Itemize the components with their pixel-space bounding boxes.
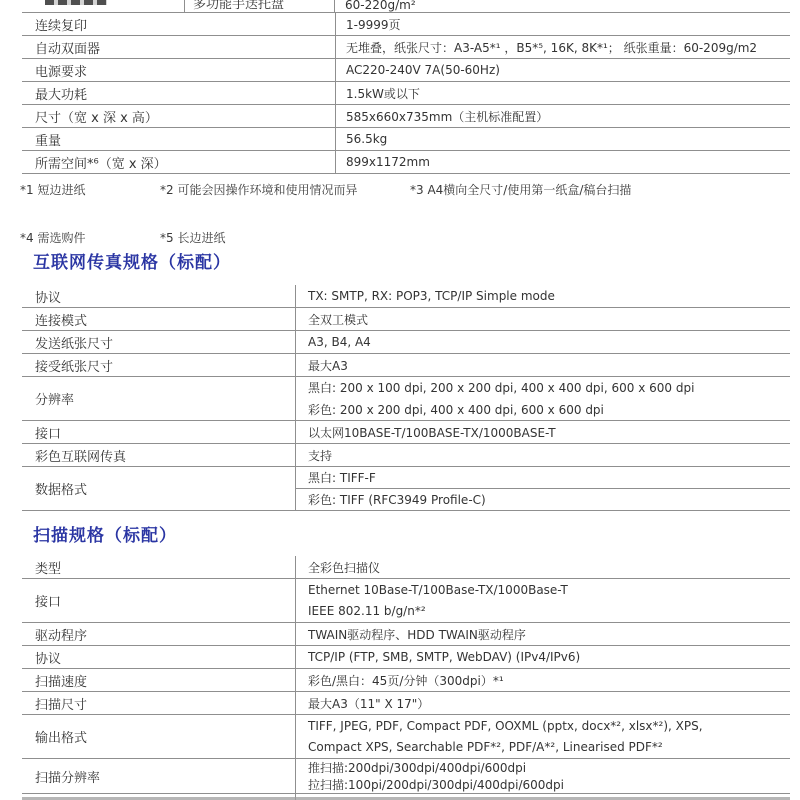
row-label: 协议 — [22, 285, 295, 307]
table-row: 扫描尺寸 最大A3（11" X 17"） — [22, 692, 790, 715]
row-value: 以太网10BASE-T/100BASE-TX/1000BASE-T — [295, 421, 790, 443]
row-label: 接受纸张尺寸 — [22, 354, 295, 376]
row-value: 全双工模式 — [295, 308, 790, 330]
row-label: 发送纸张尺寸 — [22, 331, 295, 353]
table-row: 连接模式 全双工模式 — [22, 308, 790, 331]
table-row: 所需空间*⁶（宽 x 深） 899x1172mm — [22, 151, 790, 174]
row-value: TCP/IP (FTP, SMB, SMTP, WebDAV) (IPv4/IP… — [295, 646, 790, 668]
table-row: 扫描分辨率 推扫描:200dpi/300dpi/400dpi/600dpi 拉扫… — [22, 759, 790, 794]
row-value: 无堆叠，纸张尺寸：A3-A5*¹ ，B5*⁵, 16K, 8K*¹； 纸张重量：… — [335, 36, 790, 58]
row-label: 所需空间*⁶（宽 x 深） — [22, 151, 335, 173]
row-label: 连续复印 — [22, 13, 335, 35]
footnote: *2 可能会因操作环境和使用情况而异 — [160, 181, 357, 198]
scan-spec-table: 类型 全彩色扫描仪 接口 Ethernet 10Base-T/100Base-T… — [22, 556, 790, 794]
row-value: 56.5kg — [335, 128, 790, 150]
table-row: 接口 Ethernet 10Base-T/100Base-TX/1000Base… — [22, 579, 790, 623]
row-value: TX: SMTP, RX: POP3, TCP/IP Simple mode — [295, 285, 790, 307]
table-row: 输出格式 TIFF, JPEG, PDF, Compact PDF, OOXML… — [22, 715, 790, 759]
section-title-internet-fax: 互联网传真规格（标配） — [33, 248, 231, 273]
spec-document-page: 多功能手送托盘 60-220g/m² 连续复印 1-9999页 自动双面器 无堆… — [0, 0, 800, 800]
row-label: 最大功耗 — [22, 82, 335, 104]
table-row: 尺寸（宽 x 深 x 高） 585x660x735mm（主机标准配置） — [22, 105, 790, 128]
cutoff-text-remnant — [45, 0, 107, 5]
internet-fax-spec-table: 协议 TX: SMTP, RX: POP3, TCP/IP Simple mod… — [22, 285, 790, 511]
row-label: 分辨率 — [22, 377, 295, 420]
table-row: 数据格式 黑白: TIFF-F 彩色: TIFF (RFC3949 Profil… — [22, 467, 790, 511]
row-value: 最大A3（11" X 17"） — [295, 692, 790, 714]
footnote: *4 需选购件 — [20, 229, 85, 246]
table-row: 重量 56.5kg — [22, 128, 790, 151]
table-row: 连续复印 1-9999页 — [22, 13, 790, 36]
row-value: Ethernet 10Base-T/100Base-TX/1000Base-T … — [295, 579, 790, 622]
section-title-scan: 扫描规格（标配） — [33, 521, 177, 546]
row-value: 全彩色扫描仪 — [295, 556, 790, 578]
row-value: TWAIN驱动程序、HDD TWAIN驱动程序 — [295, 623, 790, 645]
footnote: *1 短边进纸 — [20, 181, 85, 198]
row-label: 彩色互联网传真 — [22, 444, 295, 466]
row-label: 接口 — [22, 421, 295, 443]
row-value: 1.5kW或以下 — [335, 82, 790, 104]
table-row: 协议 TCP/IP (FTP, SMB, SMTP, WebDAV) (IPv4… — [22, 646, 790, 669]
row-value: TIFF, JPEG, PDF, Compact PDF, OOXML (ppt… — [295, 715, 790, 758]
row-value: 最大A3 — [295, 354, 790, 376]
row-value: 黑白: TIFF-F 彩色: TIFF (RFC3949 Profile-C) — [295, 467, 790, 510]
table-row: 彩色互联网传真 支持 — [22, 444, 790, 467]
table-row: 最大功耗 1.5kW或以下 — [22, 82, 790, 105]
table-row: 扫描速度 彩色/黑白：45页/分钟（300dpi）*¹ — [22, 669, 790, 692]
row-value: 支持 — [295, 444, 790, 466]
row-label: 扫描分辨率 — [22, 759, 295, 793]
row-label: 重量 — [22, 128, 335, 150]
row-value: 60-220g/m² — [335, 0, 790, 12]
row-label: 类型 — [22, 556, 295, 578]
table-row: 类型 全彩色扫描仪 — [22, 556, 790, 579]
table-row: 驱动程序 TWAIN驱动程序、HDD TWAIN驱动程序 — [22, 623, 790, 646]
table-row: 协议 TX: SMTP, RX: POP3, TCP/IP Simple mod… — [22, 285, 790, 308]
row-label: 扫描尺寸 — [22, 692, 295, 714]
footnote: *3 A4横向全尺寸/使用第一纸盒/稿台扫描 — [410, 181, 631, 198]
row-value: 1-9999页 — [335, 13, 790, 35]
row-value: 黑白: 200 x 100 dpi, 200 x 200 dpi, 400 x … — [295, 377, 790, 420]
row-sublabel: 多功能手送托盘 — [185, 0, 335, 12]
footnotes-line-1: *1 短边进纸 *2 可能会因操作环境和使用情况而异 *3 A4横向全尺寸/使用… — [20, 181, 780, 205]
row-label: 数据格式 — [22, 467, 295, 510]
footnote: *5 长边进纸 — [160, 229, 225, 246]
table-row-paper-weight-partial: 多功能手送托盘 60-220g/m² — [22, 0, 790, 13]
general-spec-table: 多功能手送托盘 60-220g/m² 连续复印 1-9999页 自动双面器 无堆… — [22, 0, 790, 174]
table-row: 接受纸张尺寸 最大A3 — [22, 354, 790, 377]
row-value: 585x660x735mm（主机标准配置） — [335, 105, 790, 127]
row-label: 连接模式 — [22, 308, 295, 330]
row-value: 彩色/黑白：45页/分钟（300dpi）*¹ — [295, 669, 790, 691]
row-label: 尺寸（宽 x 深 x 高） — [22, 105, 335, 127]
row-label: 协议 — [22, 646, 295, 668]
table-row: 发送纸张尺寸 A3, B4, A4 — [22, 331, 790, 354]
row-value: A3, B4, A4 — [295, 331, 790, 353]
table-row: 分辨率 黑白: 200 x 100 dpi, 200 x 200 dpi, 40… — [22, 377, 790, 421]
row-label: 接口 — [22, 579, 295, 622]
row-value: AC220-240V 7A(50-60Hz) — [335, 59, 790, 81]
row-label: 自动双面器 — [22, 36, 335, 58]
table-row: 接口 以太网10BASE-T/100BASE-TX/1000BASE-T — [22, 421, 790, 444]
table-row: 自动双面器 无堆叠，纸张尺寸：A3-A5*¹ ，B5*⁵, 16K, 8K*¹；… — [22, 36, 790, 59]
row-label: 扫描速度 — [22, 669, 295, 691]
row-label: 输出格式 — [22, 715, 295, 758]
row-value: 推扫描:200dpi/300dpi/400dpi/600dpi 拉扫描:100p… — [295, 759, 790, 793]
row-label: 驱动程序 — [22, 623, 295, 645]
cutoff-label-cell — [22, 0, 185, 12]
table-row: 电源要求 AC220-240V 7A(50-60Hz) — [22, 59, 790, 82]
row-value: 899x1172mm — [335, 151, 790, 173]
row-label: 电源要求 — [22, 59, 335, 81]
